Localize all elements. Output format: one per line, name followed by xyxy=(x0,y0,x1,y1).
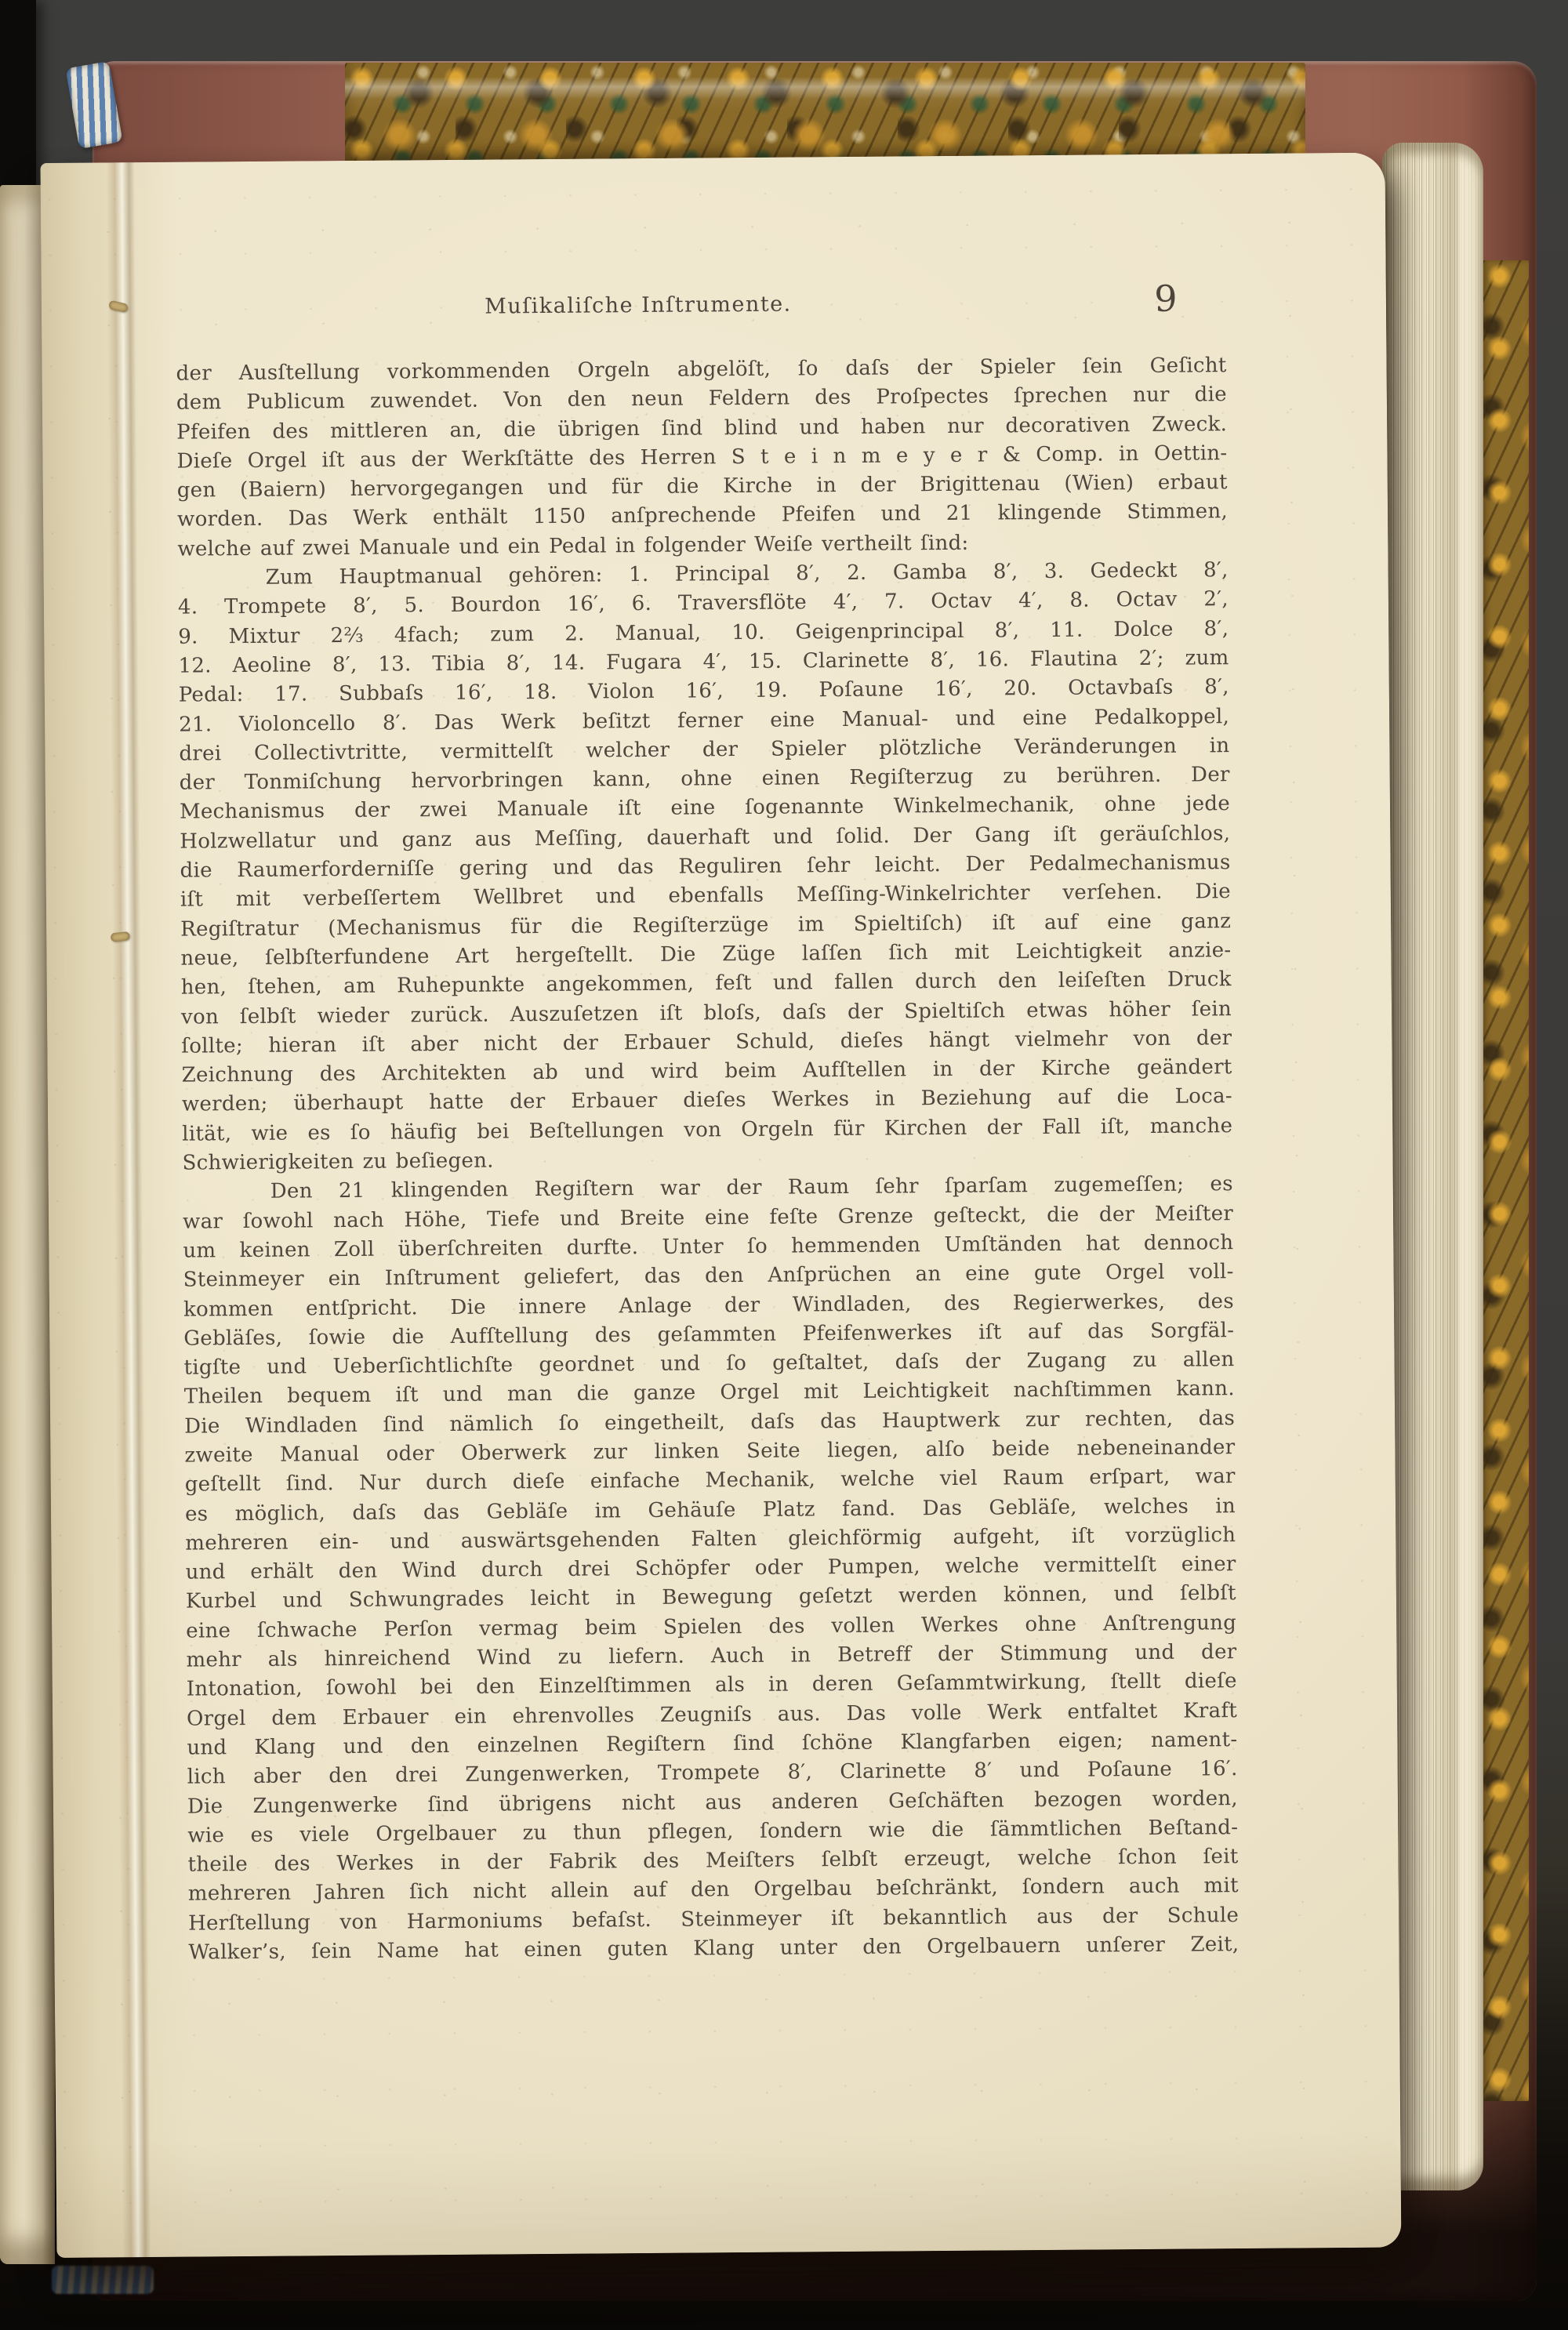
running-title: Muſikaliſche Inſtrumente. xyxy=(176,289,1101,321)
book-page: Muſikaliſche Inſtrumente. 9 der Ausſtell… xyxy=(41,153,1402,2258)
body-text: der Ausſtellung vorkommenden Orgeln abge… xyxy=(176,351,1239,1968)
head-edge-marbled-paper xyxy=(345,63,1305,163)
fore-edge-marbled-paper xyxy=(1483,260,1529,2101)
gutter-fold xyxy=(107,162,151,2257)
spine-shadow xyxy=(0,0,36,210)
page-number: 9 xyxy=(1133,278,1199,319)
endband-bottom xyxy=(52,2266,154,2294)
scanner-background: { "palette": { "paper": "#eee5cc", "ink"… xyxy=(0,0,1568,2330)
